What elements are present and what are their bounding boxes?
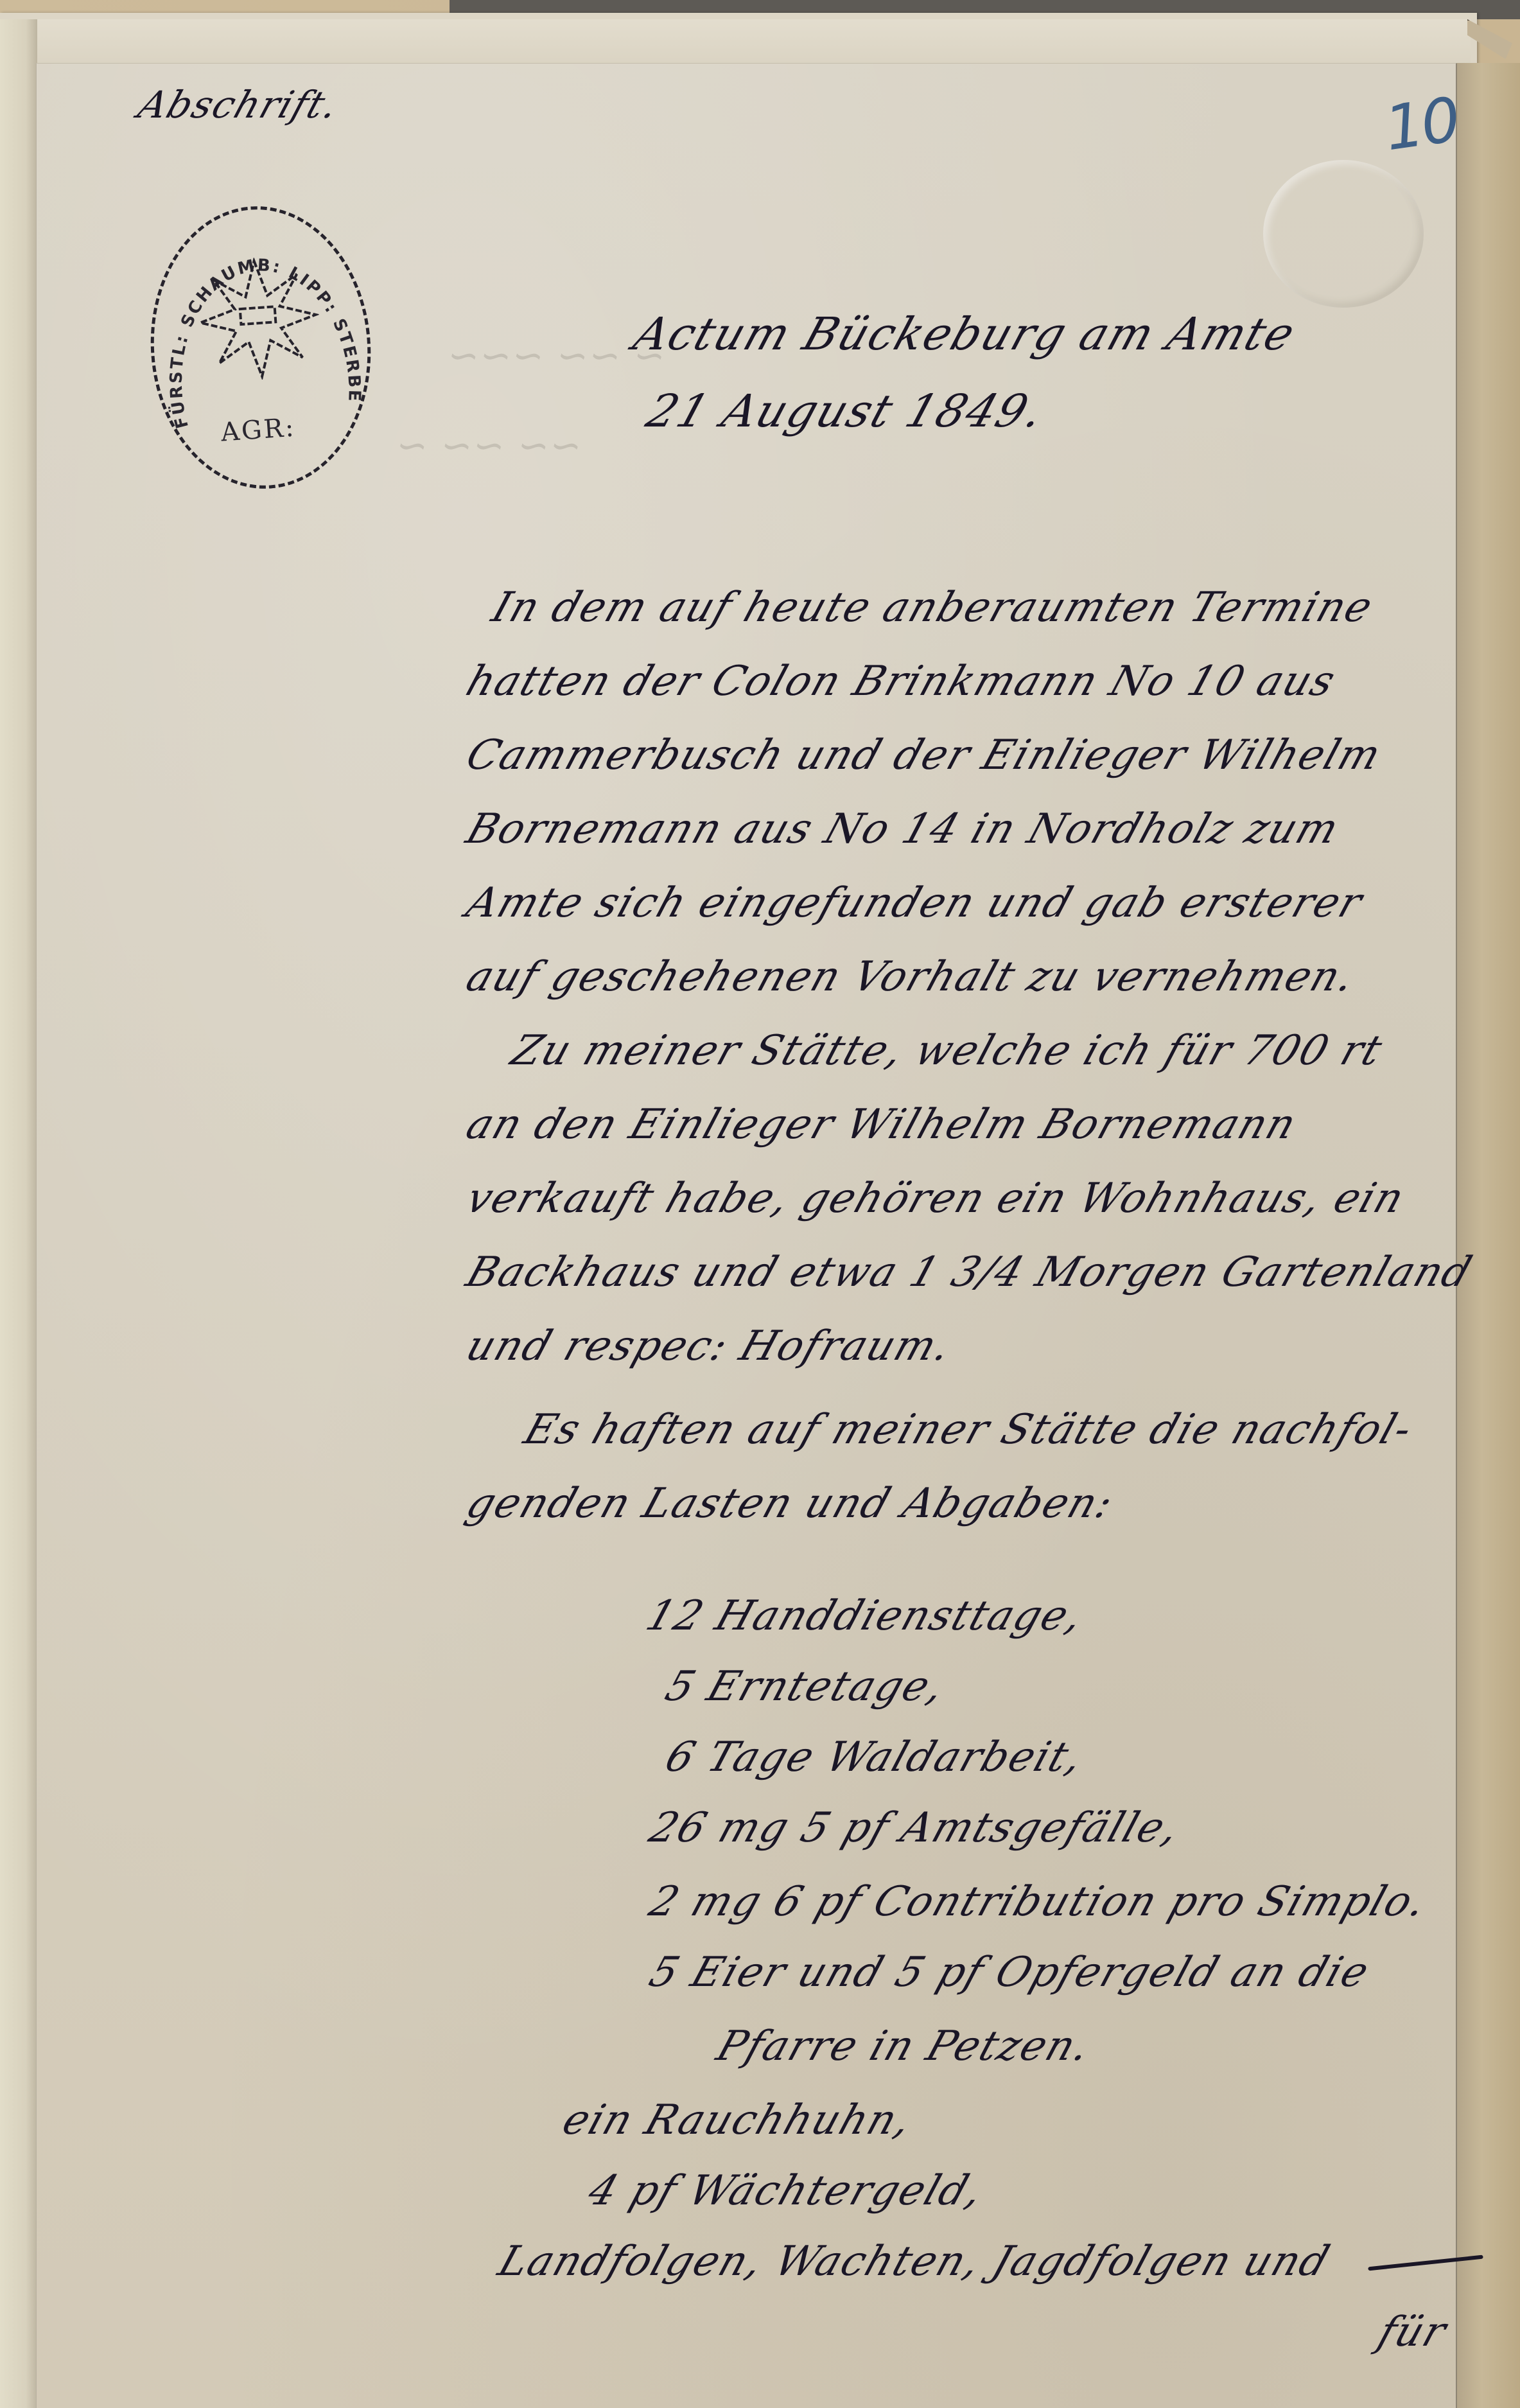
- list-item: 26 mg 5 pf Amtsgefälle,: [643, 1804, 1186, 1852]
- stamp-star-icon: [193, 254, 323, 384]
- body-line: Bornemann aus No 14 in Nordholz zum: [460, 805, 1345, 853]
- list-item: Landfolgen, Wachten, Jagdfolgen und: [493, 2238, 1336, 2285]
- body-line: Es haften auf meiner Stätte die nachfol-: [518, 1406, 1419, 1454]
- body-line: genden Lasten und Abgaben:: [460, 1480, 1120, 1527]
- body-line: Backhaus und etwa 1 3/4 Morgen Gartenlan…: [460, 1249, 1478, 1296]
- catchword: für: [1372, 2308, 1453, 2356]
- list-item: 2 mg 6 pf Contribution pro Simplo.: [643, 1878, 1433, 1926]
- list-item: Pfarre in Petzen.: [711, 2023, 1097, 2070]
- body-line: auf geschehenen Vorhalt zu vernehmen.: [460, 953, 1362, 1001]
- folio-number: 10: [1381, 85, 1462, 165]
- margin-note: Abschrift.: [133, 83, 345, 127]
- body-line: und respec: Hofraum.: [460, 1323, 958, 1370]
- body-line: Zu meiner Stätte, welche ich für 700 rt: [505, 1027, 1389, 1075]
- list-item: ein Rauchhuhn,: [557, 2096, 918, 2144]
- body-line: hatten der Colon Brinkmann No 10 aus: [460, 658, 1342, 705]
- body-line: Cammerbusch und der Einlieger Wilhelm: [460, 732, 1388, 779]
- body-line: an den Einlieger Wilhelm Bornemann: [460, 1101, 1303, 1148]
- list-item: 5 Eier und 5 pf Opfergeld an die: [643, 1949, 1376, 1996]
- body-line: In dem auf heute anberaumten Termine: [486, 584, 1379, 631]
- heading-place: Actum Bückeburg am Amte: [627, 308, 1302, 360]
- stamp-center-text: AGR:: [220, 413, 296, 448]
- list-item: 4 pf Wächtergeld,: [582, 2167, 990, 2215]
- folder-spine: [0, 19, 37, 2408]
- page-right-edge: [1456, 63, 1520, 2408]
- body-line: verkauft habe, gehören ein Wohnhaus, ein: [460, 1175, 1411, 1222]
- embossed-seal: [1263, 160, 1424, 308]
- body-line: Amte sich eingefunden und gab ersterer: [460, 879, 1369, 927]
- document-page: ~ ~~ ~~~ ~~ ~~ ~ Abschrift. FÜRSTL: SCHA…: [36, 63, 1457, 2408]
- bleed-through-text: ~~ ~~ ~: [389, 423, 590, 468]
- heading-date: 21 August 1849.: [640, 385, 1051, 437]
- official-stamp: FÜRSTL: SCHAUMB: LIPP: STERBEKASSE AGR:: [141, 199, 380, 497]
- list-item: 12 Handdiensttage,: [640, 1592, 1090, 1640]
- list-item: 6 Tage Waldarbeit,: [660, 1734, 1090, 1781]
- list-item: 5 Erntetage,: [660, 1663, 951, 1710]
